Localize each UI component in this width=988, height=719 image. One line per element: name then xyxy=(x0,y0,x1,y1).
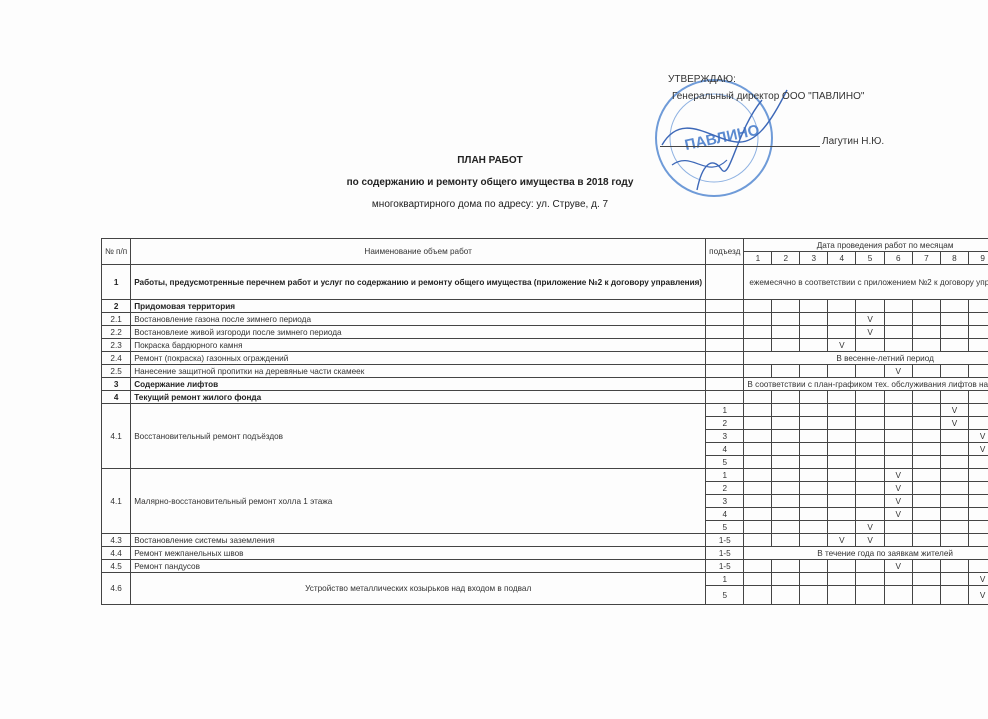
signature-line xyxy=(660,146,820,147)
row-num: 3 xyxy=(102,378,131,391)
header-num: № п/п xyxy=(102,239,131,265)
month-mark: V xyxy=(856,521,884,534)
row-name: Восстановительный ремонт подъёздов xyxy=(131,404,706,469)
month-cell xyxy=(856,339,884,352)
month-cell xyxy=(744,521,772,534)
month-cell xyxy=(856,443,884,456)
month-cell xyxy=(856,469,884,482)
month-cell xyxy=(828,417,856,430)
month-cell xyxy=(828,521,856,534)
month-cell xyxy=(744,482,772,495)
month-mark: V xyxy=(884,482,912,495)
month-cell xyxy=(828,456,856,469)
month-cell xyxy=(772,404,800,417)
month-cell xyxy=(800,430,828,443)
month-cell xyxy=(940,456,968,469)
month-cell xyxy=(744,417,772,430)
row-entrance xyxy=(706,365,744,378)
table-row: 4.1Малярно-восстановительный ремонт холл… xyxy=(102,469,988,482)
month-cell xyxy=(940,560,968,573)
month-cell xyxy=(940,469,968,482)
document-page: ПАВЛИНО УТВЕРЖДАЮ: Генеральный директор … xyxy=(0,0,988,719)
month-cell xyxy=(884,391,912,404)
row-entrance: 3 xyxy=(706,495,744,508)
row-num: 2 xyxy=(102,300,131,313)
month-cell xyxy=(884,521,912,534)
header-months-group: Дата проведения работ по месяцам xyxy=(744,239,988,252)
month-mark: V xyxy=(856,313,884,326)
month-cell xyxy=(744,339,772,352)
month-cell xyxy=(912,560,940,573)
month-cell xyxy=(969,534,988,547)
table-row: 4.4Ремонт межпанельных швов1-5В течение … xyxy=(102,547,988,560)
month-cell xyxy=(969,404,988,417)
month-cell xyxy=(800,365,828,378)
month-cell xyxy=(800,560,828,573)
month-cell xyxy=(912,326,940,339)
row-num: 2.3 xyxy=(102,339,131,352)
month-cell xyxy=(856,365,884,378)
month-cell xyxy=(940,534,968,547)
month-cell xyxy=(772,313,800,326)
month-cell xyxy=(969,326,988,339)
month-cell xyxy=(772,495,800,508)
header-month-5: 5 xyxy=(856,252,884,265)
month-cell xyxy=(828,365,856,378)
month-span-note: ежемесячно в соответствии с приложением … xyxy=(744,265,988,300)
month-cell xyxy=(800,534,828,547)
row-name: Устройство металлических козырьков над в… xyxy=(131,573,706,605)
row-name: Работы, предусмотренные перечнем работ и… xyxy=(131,265,706,300)
month-cell xyxy=(772,443,800,456)
month-cell xyxy=(940,443,968,456)
row-name: Востановление системы заземления xyxy=(131,534,706,547)
month-cell xyxy=(800,417,828,430)
month-mark: V xyxy=(884,365,912,378)
table-header-row: № п/п Наименование объем работ подъезд Д… xyxy=(102,239,988,252)
month-cell xyxy=(828,482,856,495)
header-month-6: 6 xyxy=(884,252,912,265)
table-row: 2.2Востановлеие живой изгороди после зим… xyxy=(102,326,988,339)
row-entrance xyxy=(706,313,744,326)
header-name: Наименование объем работ xyxy=(131,239,706,265)
month-mark: V xyxy=(940,404,968,417)
month-cell xyxy=(969,482,988,495)
table-row: 3Содержание лифтовВ соответствии с план-… xyxy=(102,378,988,391)
month-cell xyxy=(856,300,884,313)
month-cell xyxy=(856,560,884,573)
month-cell xyxy=(772,573,800,586)
month-cell xyxy=(940,365,968,378)
month-cell xyxy=(772,326,800,339)
month-cell xyxy=(828,326,856,339)
month-cell xyxy=(744,391,772,404)
month-cell xyxy=(912,508,940,521)
row-entrance: 1-5 xyxy=(706,534,744,547)
month-mark: V xyxy=(828,339,856,352)
month-span-note: В соответствии с план-графиком тех. обсл… xyxy=(744,378,988,391)
header-month-8: 8 xyxy=(940,252,968,265)
month-cell xyxy=(856,456,884,469)
month-cell xyxy=(940,313,968,326)
month-cell xyxy=(800,521,828,534)
row-name: Малярно-восстановительный ремонт холла 1… xyxy=(131,469,706,534)
row-num: 4.5 xyxy=(102,560,131,573)
month-cell xyxy=(969,300,988,313)
month-mark: V xyxy=(969,573,988,586)
month-mark: V xyxy=(884,560,912,573)
table-row: 2Придомовая территория xyxy=(102,300,988,313)
document-address: многоквартирного дома по адресу: ул. Стр… xyxy=(320,199,660,210)
month-cell xyxy=(940,300,968,313)
row-entrance xyxy=(706,300,744,313)
month-cell xyxy=(912,417,940,430)
month-cell xyxy=(828,469,856,482)
month-cell xyxy=(969,508,988,521)
row-entrance: 1-5 xyxy=(706,560,744,573)
month-cell xyxy=(800,469,828,482)
month-mark: V xyxy=(884,495,912,508)
month-cell xyxy=(884,313,912,326)
month-cell xyxy=(744,469,772,482)
month-mark: V xyxy=(856,534,884,547)
month-cell xyxy=(856,586,884,605)
row-name: Востановление газона после зимнего перио… xyxy=(131,313,706,326)
month-cell xyxy=(912,339,940,352)
month-mark: V xyxy=(940,417,968,430)
month-cell xyxy=(884,573,912,586)
month-cell xyxy=(800,508,828,521)
month-cell xyxy=(940,430,968,443)
month-cell xyxy=(800,326,828,339)
month-cell xyxy=(856,404,884,417)
month-span-note: В течение года по заявкам жителей xyxy=(744,547,988,560)
table-row: 2.4Ремонт (покраска) газонных ограждений… xyxy=(102,352,988,365)
month-cell xyxy=(912,456,940,469)
month-cell xyxy=(884,430,912,443)
row-name: Ремонт межпанельных швов xyxy=(131,547,706,560)
month-cell xyxy=(828,391,856,404)
month-cell xyxy=(940,586,968,605)
month-cell xyxy=(744,443,772,456)
month-cell xyxy=(884,404,912,417)
row-entrance xyxy=(706,326,744,339)
month-cell xyxy=(828,508,856,521)
month-cell xyxy=(969,456,988,469)
row-entrance: 5 xyxy=(706,521,744,534)
month-cell xyxy=(772,417,800,430)
month-cell xyxy=(744,404,772,417)
month-cell xyxy=(800,456,828,469)
document-subtitle: по содержанию и ремонту общего имущества… xyxy=(320,177,660,188)
month-cell xyxy=(912,300,940,313)
month-cell xyxy=(884,326,912,339)
row-entrance xyxy=(706,378,744,391)
month-cell xyxy=(912,521,940,534)
row-entrance: 4 xyxy=(706,443,744,456)
month-cell xyxy=(772,339,800,352)
month-cell xyxy=(828,495,856,508)
month-cell xyxy=(969,417,988,430)
document-title: ПЛАН РАБОТ xyxy=(320,155,660,166)
table-row: 1Работы, предусмотренные перечнем работ … xyxy=(102,265,988,300)
row-num: 4.1 xyxy=(102,469,131,534)
table-row: 4.3Востановление системы заземления1-5VV xyxy=(102,534,988,547)
row-num: 4.6 xyxy=(102,573,131,605)
month-cell xyxy=(800,404,828,417)
month-mark: V xyxy=(856,326,884,339)
month-cell xyxy=(856,508,884,521)
month-cell xyxy=(969,560,988,573)
row-entrance: 4 xyxy=(706,508,744,521)
header-month-3: 3 xyxy=(800,252,828,265)
header-month-4: 4 xyxy=(828,252,856,265)
month-cell xyxy=(800,391,828,404)
row-entrance: 5 xyxy=(706,456,744,469)
month-cell xyxy=(940,495,968,508)
month-cell xyxy=(800,586,828,605)
month-cell xyxy=(912,443,940,456)
row-num: 4.3 xyxy=(102,534,131,547)
month-cell xyxy=(969,521,988,534)
month-cell xyxy=(940,573,968,586)
month-cell xyxy=(744,430,772,443)
row-entrance: 1 xyxy=(706,469,744,482)
month-cell xyxy=(940,521,968,534)
row-name: Текущий ремонт жилого фонда xyxy=(131,391,706,404)
month-cell xyxy=(856,495,884,508)
month-mark: V xyxy=(969,443,988,456)
month-cell xyxy=(772,469,800,482)
month-cell xyxy=(884,417,912,430)
month-cell xyxy=(856,417,884,430)
month-cell xyxy=(912,430,940,443)
month-cell xyxy=(828,430,856,443)
row-entrance: 5 xyxy=(706,586,744,605)
row-entrance xyxy=(706,391,744,404)
month-cell xyxy=(828,443,856,456)
header-month-9: 9 xyxy=(969,252,988,265)
month-cell xyxy=(969,365,988,378)
month-cell xyxy=(744,456,772,469)
row-name: Ремонт (покраска) газонных ограждений xyxy=(131,352,706,365)
month-cell xyxy=(940,391,968,404)
month-cell xyxy=(940,339,968,352)
row-name: Ремонт пандусов xyxy=(131,560,706,573)
month-cell xyxy=(828,586,856,605)
month-cell xyxy=(912,313,940,326)
month-cell xyxy=(912,469,940,482)
work-plan-table: № п/п Наименование объем работ подъезд Д… xyxy=(101,238,988,605)
table-row: 2.5Нанесение защитной пропитки на деревя… xyxy=(102,365,988,378)
row-num: 2.5 xyxy=(102,365,131,378)
month-cell xyxy=(828,313,856,326)
svg-text:ПАВЛИНО: ПАВЛИНО xyxy=(683,122,761,154)
month-cell xyxy=(744,586,772,605)
month-cell xyxy=(912,391,940,404)
table-row: 2.1Востановление газона после зимнего пе… xyxy=(102,313,988,326)
table-row: 4.6Устройство металлических козырьков на… xyxy=(102,573,988,586)
header-month-7: 7 xyxy=(912,252,940,265)
month-cell xyxy=(940,508,968,521)
month-mark: V xyxy=(828,534,856,547)
row-num: 1 xyxy=(102,265,131,300)
month-cell xyxy=(772,456,800,469)
month-cell xyxy=(772,508,800,521)
table-row: 2.3Покраска бардюрного камняV xyxy=(102,339,988,352)
month-cell xyxy=(969,313,988,326)
month-span-note: В весенне-летний период xyxy=(744,352,988,365)
month-cell xyxy=(828,404,856,417)
month-cell xyxy=(800,339,828,352)
table-row: 4.1Восстановительный ремонт подъёздов1V xyxy=(102,404,988,417)
month-cell xyxy=(884,443,912,456)
month-cell xyxy=(800,573,828,586)
month-cell xyxy=(772,586,800,605)
row-entrance: 1 xyxy=(706,573,744,586)
month-cell xyxy=(912,534,940,547)
month-cell xyxy=(969,339,988,352)
month-cell xyxy=(969,469,988,482)
month-cell xyxy=(856,482,884,495)
row-name: Нанесение защитной пропитки на деревяные… xyxy=(131,365,706,378)
month-cell xyxy=(772,482,800,495)
approval-heading: УТВЕРЖДАЮ: xyxy=(668,74,736,85)
month-cell xyxy=(884,339,912,352)
row-entrance xyxy=(706,339,744,352)
month-cell xyxy=(744,508,772,521)
month-cell xyxy=(772,560,800,573)
month-cell xyxy=(940,326,968,339)
month-cell xyxy=(969,495,988,508)
row-entrance: 2 xyxy=(706,417,744,430)
month-cell xyxy=(772,391,800,404)
row-name: Придомовая территория xyxy=(131,300,706,313)
month-cell xyxy=(912,482,940,495)
row-name: Покраска бардюрного камня xyxy=(131,339,706,352)
month-cell xyxy=(800,482,828,495)
month-cell xyxy=(884,534,912,547)
month-cell xyxy=(772,365,800,378)
month-cell xyxy=(912,586,940,605)
month-cell xyxy=(912,365,940,378)
header-entrance: подъезд xyxy=(706,239,744,265)
month-cell xyxy=(856,391,884,404)
row-entrance xyxy=(706,265,744,300)
month-mark: V xyxy=(969,430,988,443)
row-num: 2.2 xyxy=(102,326,131,339)
month-cell xyxy=(772,521,800,534)
approval-signatory: Лагутин Н.Ю. xyxy=(822,136,884,147)
month-cell xyxy=(772,300,800,313)
month-cell xyxy=(744,534,772,547)
month-cell xyxy=(744,300,772,313)
row-entrance: 2 xyxy=(706,482,744,495)
row-entrance xyxy=(706,352,744,365)
month-cell xyxy=(969,391,988,404)
month-cell xyxy=(828,300,856,313)
row-name: Содержание лифтов xyxy=(131,378,706,391)
approval-role: Генеральный директор ООО "ПАВЛИНО" xyxy=(672,91,864,102)
month-mark: V xyxy=(884,469,912,482)
month-cell xyxy=(912,495,940,508)
header-month-2: 2 xyxy=(772,252,800,265)
month-cell xyxy=(828,560,856,573)
row-num: 4 xyxy=(102,391,131,404)
month-cell xyxy=(800,443,828,456)
row-num: 4.4 xyxy=(102,547,131,560)
month-mark: V xyxy=(969,586,988,605)
month-cell xyxy=(884,300,912,313)
row-entrance: 3 xyxy=(706,430,744,443)
month-cell xyxy=(744,326,772,339)
row-entrance: 1 xyxy=(706,404,744,417)
month-cell xyxy=(828,573,856,586)
company-stamp-icon: ПАВЛИНО xyxy=(642,70,792,200)
row-num: 4.1 xyxy=(102,404,131,469)
month-cell xyxy=(856,430,884,443)
month-cell xyxy=(744,313,772,326)
row-num: 2.1 xyxy=(102,313,131,326)
row-name: Востановлеие живой изгороди после зимнег… xyxy=(131,326,706,339)
month-cell xyxy=(940,482,968,495)
month-cell xyxy=(744,573,772,586)
month-cell xyxy=(912,404,940,417)
month-cell xyxy=(800,495,828,508)
row-entrance: 1-5 xyxy=(706,547,744,560)
row-num: 2.4 xyxy=(102,352,131,365)
month-cell xyxy=(884,586,912,605)
month-cell xyxy=(856,573,884,586)
table-row: 4.5Ремонт пандусов1-5V xyxy=(102,560,988,573)
month-cell xyxy=(912,573,940,586)
month-cell xyxy=(772,430,800,443)
table-row: 4Текущий ремонт жилого фонда xyxy=(102,391,988,404)
month-cell xyxy=(772,534,800,547)
month-cell xyxy=(744,560,772,573)
month-mark: V xyxy=(884,508,912,521)
month-cell xyxy=(744,365,772,378)
month-cell xyxy=(744,495,772,508)
month-cell xyxy=(800,300,828,313)
month-cell xyxy=(800,313,828,326)
header-month-1: 1 xyxy=(744,252,772,265)
month-cell xyxy=(884,456,912,469)
